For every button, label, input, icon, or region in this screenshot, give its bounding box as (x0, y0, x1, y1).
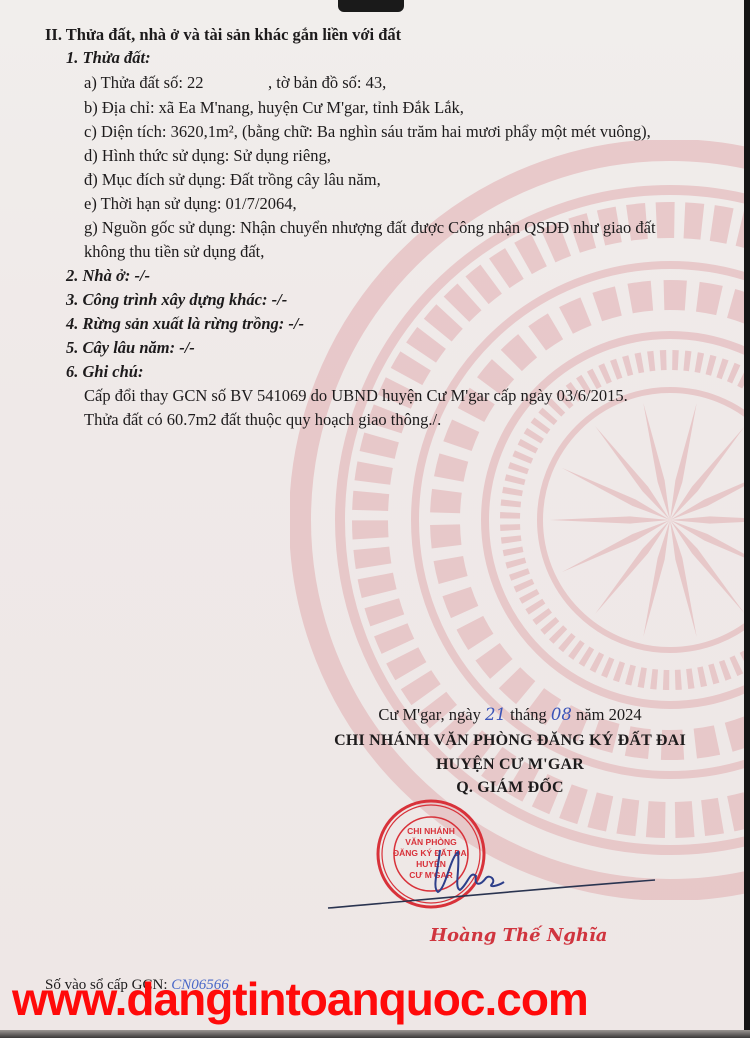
house-item: 2. Nhà ở: -/- (66, 266, 150, 286)
usage-origin-line2: không thu tiền sử dụng đất, (84, 242, 264, 262)
plot-number: a) Thửa đất số: 22 (84, 73, 204, 93)
production-forest-item: 4. Rừng sản xuất là rừng trồng: -/- (66, 314, 304, 334)
photo-edge-bottom (0, 1030, 750, 1038)
usage-purpose: đ) Mục đích sử dụng: Đất trồng cây lâu n… (84, 170, 381, 190)
svg-text:CHI NHÁNH: CHI NHÁNH (407, 826, 455, 836)
usage-term: e) Thời hạn sử dụng: 01/7/2064, (84, 194, 297, 214)
signer-name: Hoàng Thế Nghĩa (430, 925, 607, 946)
website-watermark: www.dangtintoanquoc.com (12, 976, 588, 1022)
plot-area: c) Diện tích: 3620,1m², (bằng chữ: Ba ng… (84, 122, 651, 142)
issuing-office-line1: CHI NHÁNH VĂN PHÒNG ĐĂNG KÝ ĐẤT ĐAI (300, 732, 720, 750)
map-sheet-number: , tờ bản đồ số: 43, (268, 73, 386, 93)
other-construction-item: 3. Công trình xây dựng khác: -/- (66, 290, 287, 310)
plot-address: b) Địa chỉ: xã Ea M'nang, huyện Cư M'gar… (84, 98, 464, 118)
issue-date: Cư M'gar, ngày 21 tháng 08 năm 2024 (300, 705, 720, 725)
handwritten-month: 08 (551, 705, 572, 724)
photo-edge-right (744, 0, 750, 1038)
notes-heading: 6. Ghi chú: (66, 362, 143, 382)
land-plot-heading: 1. Thửa đất: (66, 48, 151, 68)
usage-origin-line1: g) Nguồn gốc sử dụng: Nhận chuyển nhượng… (84, 218, 656, 238)
usage-form: d) Hình thức sử dụng: Sử dụng riêng, (84, 146, 331, 166)
issuing-office-line2: HUYỆN CƯ M'GAR (300, 756, 720, 774)
handwritten-day: 21 (485, 705, 506, 724)
section-title: II. Thửa đất, nhà ở và tài sản khác gắn … (45, 25, 401, 45)
notes-line-2: Thửa đất có 60.7m2 đất thuộc quy hoạch g… (84, 410, 441, 430)
signer-title: Q. GIÁM ĐỐC (300, 779, 720, 797)
notes-line-1: Cấp đổi thay GCN số BV 541069 do UBND hu… (84, 386, 628, 406)
handwritten-signature (320, 840, 660, 920)
perennial-trees-item: 5. Cây lâu năm: -/- (66, 338, 195, 358)
certificate-page: II. Thửa đất, nhà ở và tài sản khác gắn … (0, 0, 744, 1030)
